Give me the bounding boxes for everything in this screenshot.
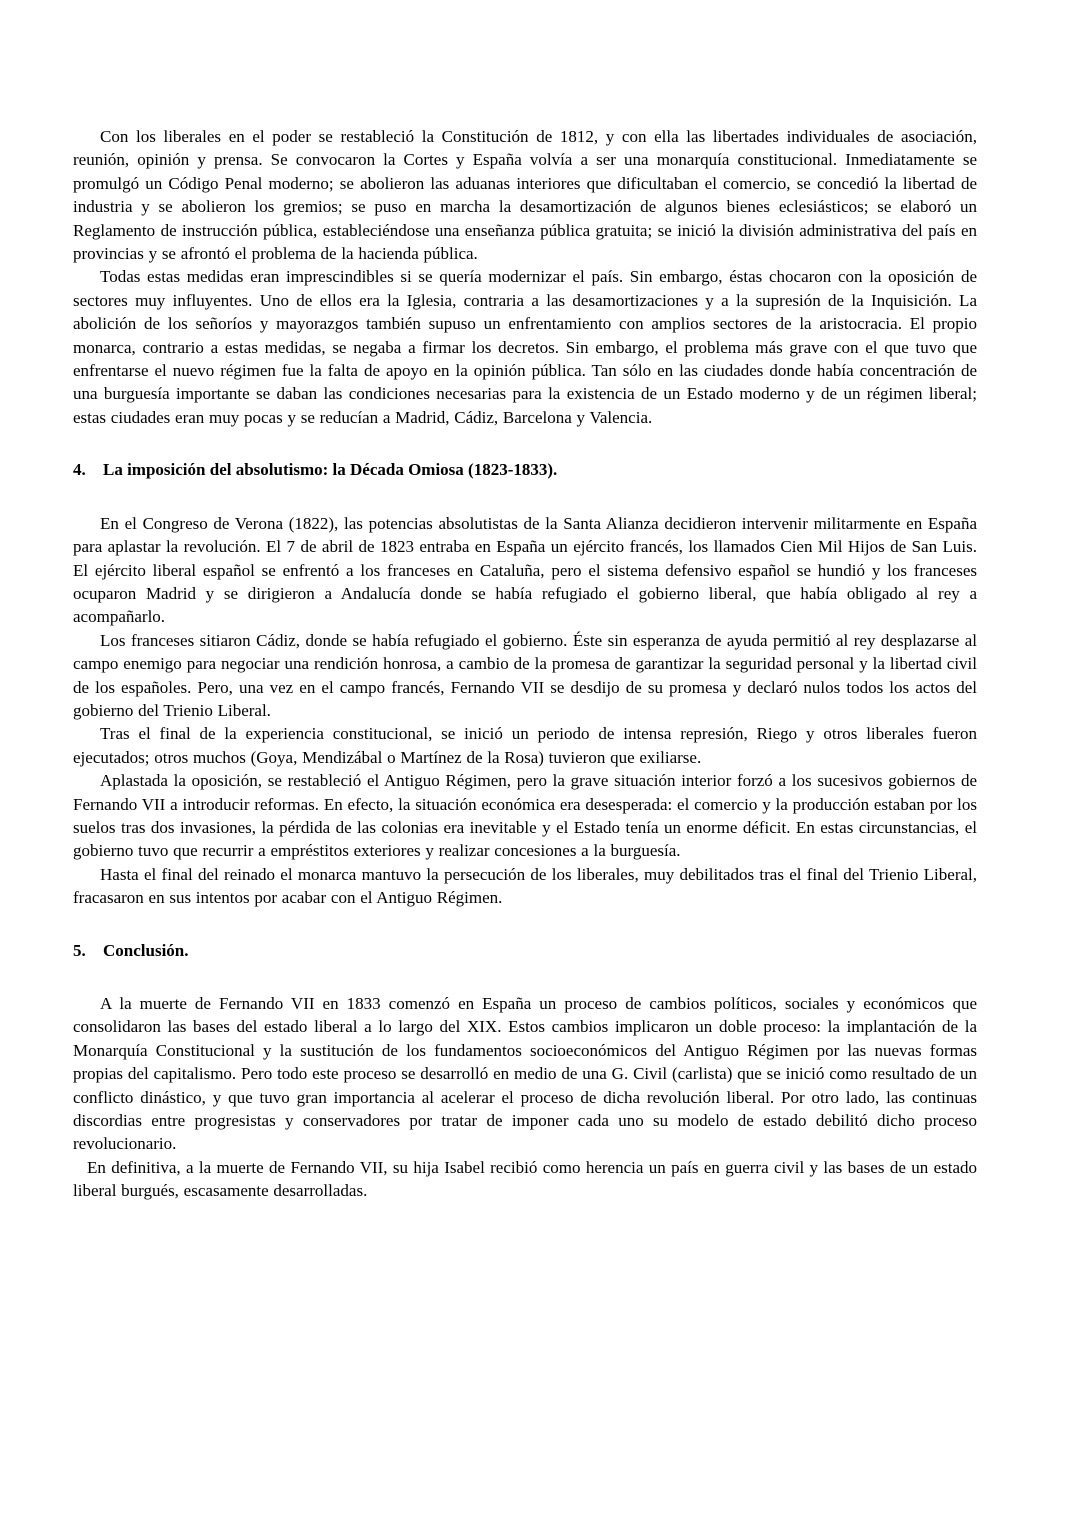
paragraph-muerte-fernando: A la muerte de Fernando VII en 1833 come… — [73, 992, 977, 1156]
section-heading-4: 4. La imposición del absolutismo: la Déc… — [73, 458, 977, 481]
document-page: Con los liberales en el poder se restabl… — [0, 0, 1080, 1527]
paragraph-liberales-poder: Con los liberales en el poder se restabl… — [73, 125, 977, 265]
paragraph-congreso-verona: En el Congreso de Verona (1822), las pot… — [73, 512, 977, 629]
section-4-number: 4. — [73, 458, 103, 481]
paragraph-tras-final: Tras el final de la experiencia constitu… — [73, 722, 977, 769]
paragraph-todas-medidas: Todas estas medidas eran imprescindibles… — [73, 265, 977, 429]
paragraph-en-definitiva: En definitiva, a la muerte de Fernando V… — [73, 1156, 977, 1203]
section-5-title: Conclusión. — [103, 939, 977, 962]
section-heading-5: 5. Conclusión. — [73, 939, 977, 962]
section-4-title: La imposición del absolutismo: la Década… — [103, 458, 977, 481]
paragraph-aplastada-oposicion: Aplastada la oposición, se restableció e… — [73, 769, 977, 863]
paragraph-franceses-cadiz: Los franceses sitiaron Cádiz, donde se h… — [73, 629, 977, 723]
paragraph-hasta-final-reinado: Hasta el final del reinado el monarca ma… — [73, 863, 977, 910]
section-5-number: 5. — [73, 939, 103, 962]
